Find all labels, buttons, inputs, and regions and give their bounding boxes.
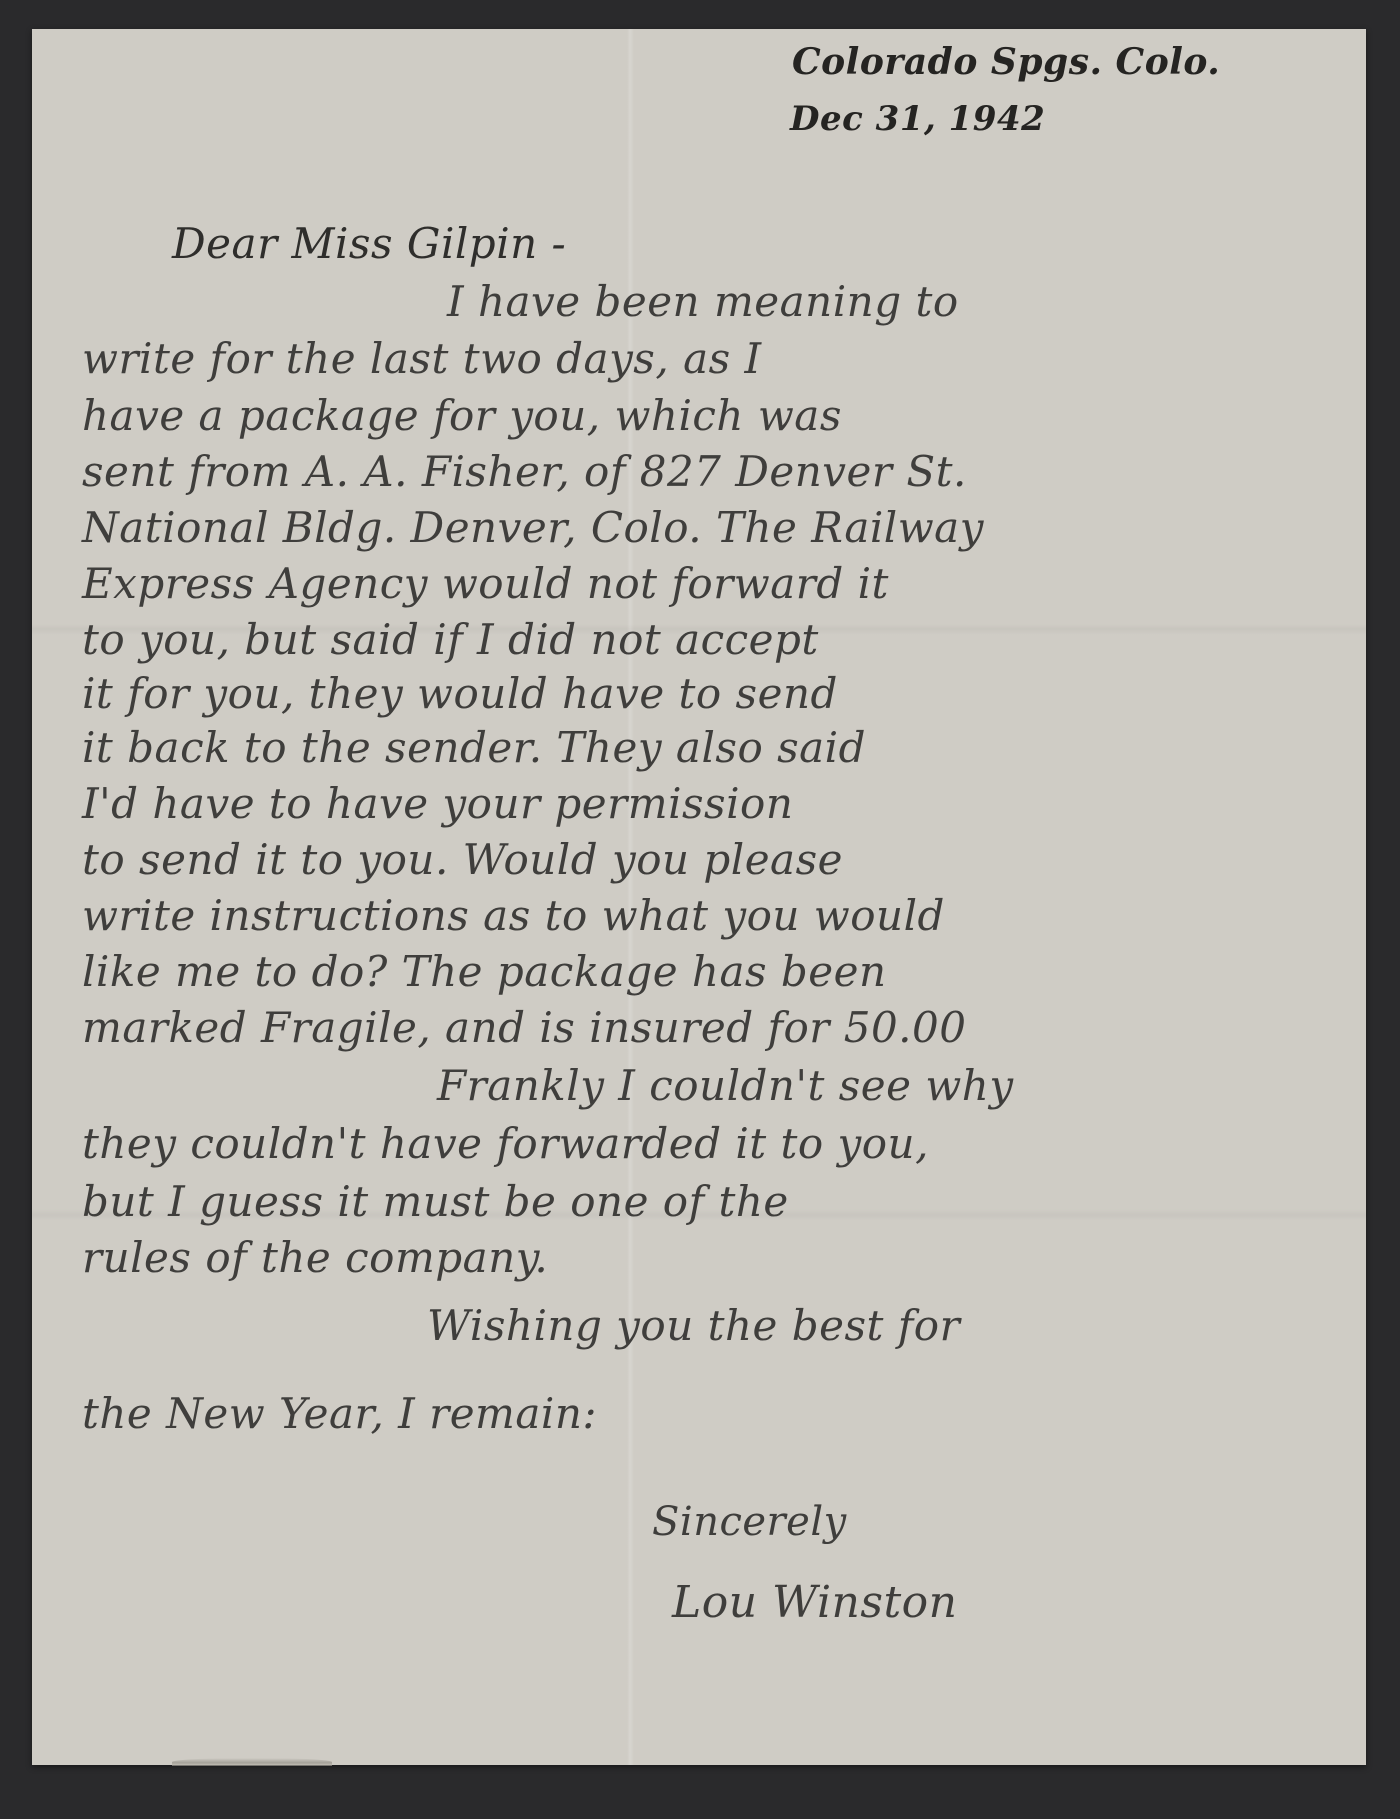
body-line: I'd have to have your permission	[82, 779, 793, 828]
body-line: have a package for you, which was	[82, 391, 842, 440]
body-line: it back to the sender. They also said	[82, 723, 866, 772]
body-line: write for the last two days, as I	[82, 334, 762, 383]
body-line: but I guess it must be one of the	[82, 1177, 789, 1226]
body-line: the New Year, I remain:	[82, 1389, 597, 1438]
body-line: to send it to you. Would you please	[82, 835, 843, 884]
body-line: National Bldg. Denver, Colo. The Railway	[82, 503, 984, 552]
salutation: Dear Miss Gilpin -	[172, 219, 566, 268]
letter-place: Colorado Spgs. Colo.	[792, 41, 1220, 83]
body-line: like me to do? The package has been	[82, 947, 887, 996]
body-line: to you, but said if I did not accept	[82, 615, 819, 664]
body-line: rules of the company.	[82, 1233, 548, 1282]
letter-paper: Colorado Spgs. Colo. Dec 31, 1942 Dear M…	[32, 29, 1366, 1765]
body-line: sent from A. A. Fisher, of 827 Denver St…	[82, 447, 967, 496]
closing: Sincerely	[652, 1499, 847, 1545]
body-line: marked Fragile, and is insured for 50.00	[82, 1003, 966, 1052]
body-line: they couldn't have forwarded it to you,	[82, 1119, 929, 1168]
body-line: write instructions as to what you would	[82, 891, 945, 940]
body-line: it for you, they would have to send	[82, 669, 838, 718]
body-line: Express Agency would not forward it	[82, 559, 889, 608]
body-line: I have been meaning to	[447, 277, 959, 326]
letter-date: Dec 31, 1942	[790, 99, 1045, 139]
body-line: Wishing you the best for	[427, 1301, 960, 1350]
paper-tear	[172, 1758, 332, 1766]
body-line: Frankly I couldn't see why	[437, 1061, 1014, 1110]
signature: Lou Winston	[672, 1577, 957, 1628]
